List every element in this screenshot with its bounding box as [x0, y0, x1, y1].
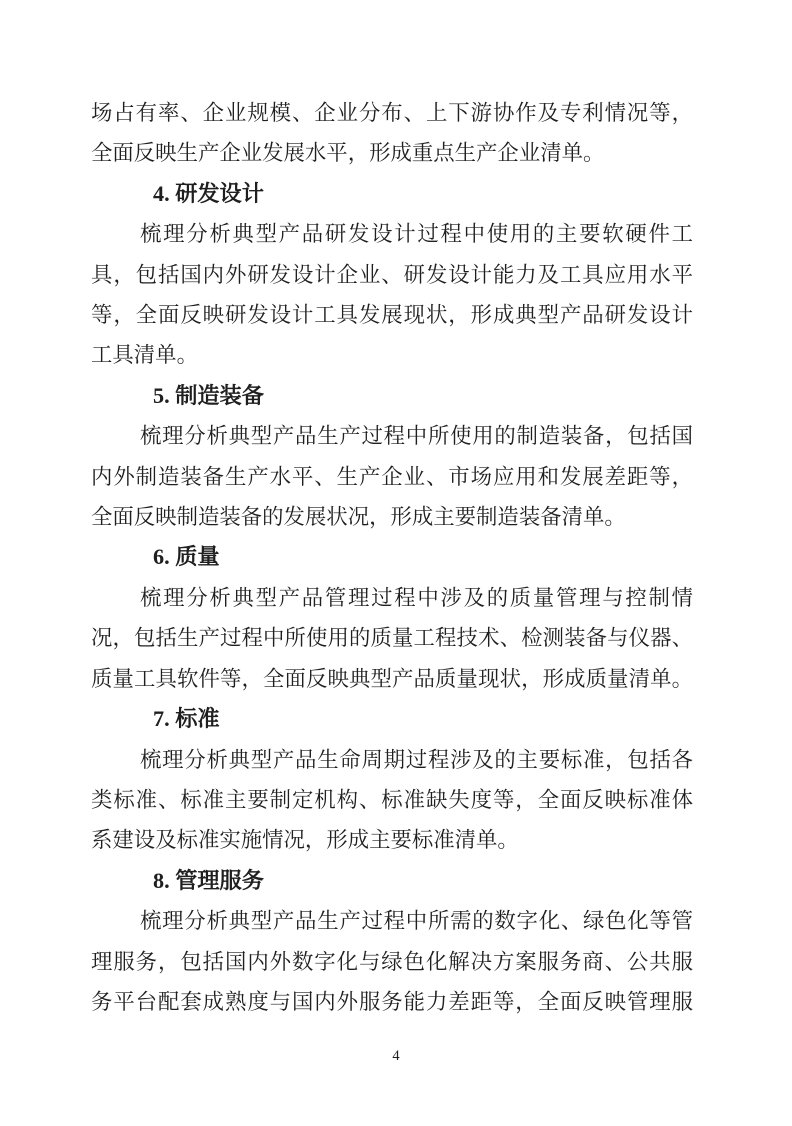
doc-line: 具，包括国内外研发设计企业、研发设计能力及工具应用水平 [91, 255, 693, 295]
doc-line: 务平台配套成熟度与国内外服务能力差距等，全面反映管理服 [91, 982, 693, 1022]
doc-line: 工具清单。 [91, 335, 693, 375]
document-page: 场占有率、企业规模、企业分布、上下游协作及专利情况等， 全面反映生产企业发展水平… [0, 0, 792, 1126]
section-heading-7: 7. 标准 [91, 699, 693, 739]
doc-line: 况，包括生产过程中所使用的质量工程技术、检测装备与仪器、 [91, 618, 693, 658]
doc-line: 梳理分析典型产品生产过程中所需的数字化、绿色化等管 [91, 901, 693, 941]
document-body: 场占有率、企业规模、企业分布、上下游协作及专利情况等， 全面反映生产企业发展水平… [91, 93, 693, 1022]
page-number: 4 [0, 1046, 792, 1066]
doc-line: 系建设及标准实施情况，形成主要标准清单。 [91, 820, 693, 860]
doc-line: 场占有率、企业规模、企业分布、上下游协作及专利情况等， [91, 93, 693, 133]
section-heading-6: 6. 质量 [91, 537, 693, 577]
doc-line: 全面反映生产企业发展水平，形成重点生产企业清单。 [91, 133, 693, 173]
doc-line: 理服务，包括国内外数字化与绿色化解决方案服务商、公共服 [91, 942, 693, 982]
doc-line: 质量工具软件等，全面反映典型产品质量现状，形成质量清单。 [91, 659, 693, 699]
doc-line: 类标准、标准主要制定机构、标准缺失度等，全面反映标准体 [91, 780, 693, 820]
doc-line: 梳理分析典型产品生命周期过程涉及的主要标准，包括各 [91, 740, 693, 780]
section-heading-4: 4. 研发设计 [91, 174, 693, 214]
doc-line: 梳理分析典型产品生产过程中所使用的制造装备，包括国 [91, 416, 693, 456]
section-heading-5: 5. 制造装备 [91, 376, 693, 416]
doc-line: 梳理分析典型产品管理过程中涉及的质量管理与控制情 [91, 578, 693, 618]
doc-line: 全面反映制造装备的发展状况，形成主要制造装备清单。 [91, 497, 693, 537]
section-heading-8: 8. 管理服务 [91, 861, 693, 901]
doc-line: 内外制造装备生产水平、生产企业、市场应用和发展差距等， [91, 457, 693, 497]
doc-line: 等，全面反映研发设计工具发展现状，形成典型产品研发设计 [91, 295, 693, 335]
doc-line: 梳理分析典型产品研发设计过程中使用的主要软硬件工 [91, 214, 693, 254]
